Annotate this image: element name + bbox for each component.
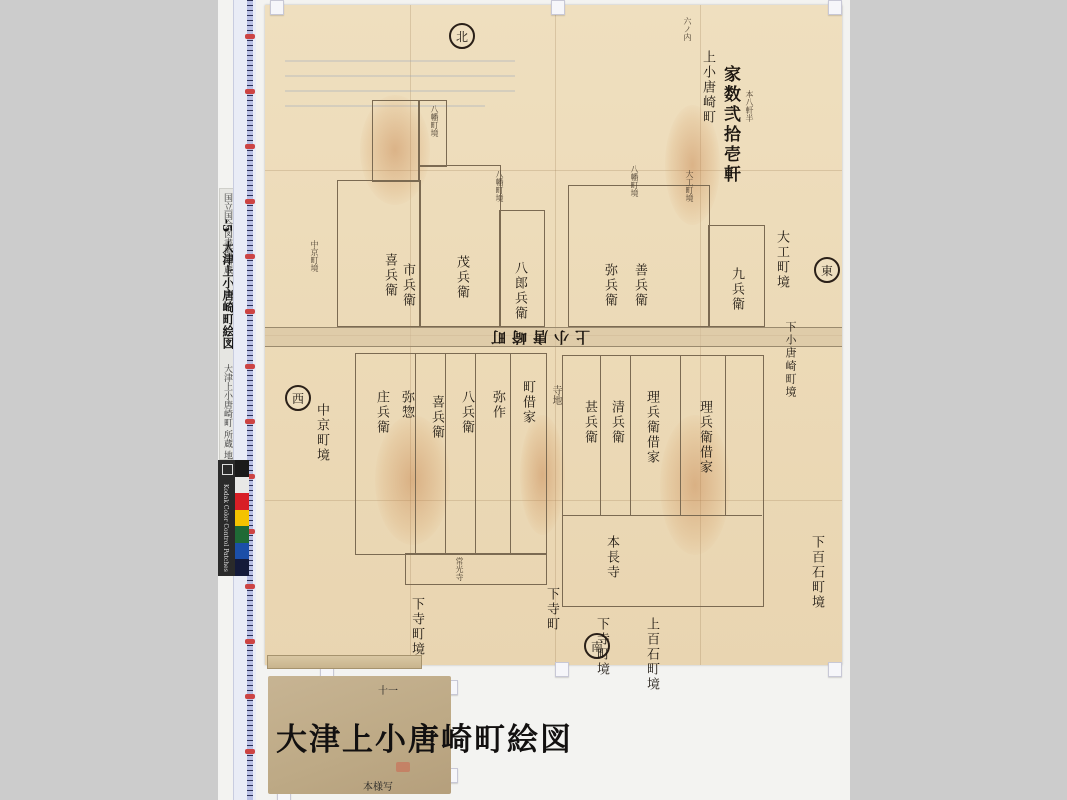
lot-owner: 清兵衛 — [610, 400, 623, 445]
mounting-clip — [828, 662, 842, 677]
lot-owner: 喜兵衛 — [430, 395, 443, 440]
lot-owner: 弥惣 — [400, 390, 413, 420]
border-label: 八幡町境 — [430, 105, 438, 137]
seal-east: 東 — [814, 257, 840, 283]
fold-line — [265, 170, 842, 171]
ruler-mark — [245, 639, 255, 644]
swatch-navy — [235, 559, 249, 576]
temple-small-label: 常光寺 — [455, 557, 463, 581]
town-name: 上小唐崎町 — [701, 50, 714, 125]
ruler-mark — [245, 364, 255, 369]
ruler-scale — [247, 0, 253, 800]
swatch-white — [235, 477, 249, 494]
corner-note: 六ノ内 — [683, 17, 691, 41]
lot-owner: 八郎兵衛 — [513, 261, 526, 321]
lot-divider — [445, 353, 446, 553]
bleed-through — [285, 90, 515, 92]
border-label: 八幡町境 — [495, 170, 503, 202]
color-swatches — [235, 460, 249, 576]
ruler-mark — [245, 309, 255, 314]
lot-owner: 八兵衛 — [460, 390, 473, 435]
cover-sheet: 十一 大津上小唐崎町絵図 本様写 — [268, 676, 451, 794]
lot — [355, 353, 547, 555]
cover-top-note: 十一 — [378, 682, 398, 697]
lot-owner: 理兵衛借家 — [645, 390, 658, 465]
bleed-through — [285, 60, 515, 62]
mounting-clip — [551, 0, 565, 15]
border-label: 上百石町境 — [645, 617, 658, 692]
ruler-mark — [245, 419, 255, 424]
lot-temple-small — [405, 553, 547, 585]
temple-label: 本長寺 — [605, 535, 618, 580]
mounting-clip — [270, 0, 284, 15]
bleed-through — [285, 75, 515, 77]
wooden-roller — [267, 655, 422, 669]
border-label: 下百石町境 — [810, 535, 823, 610]
ruler-mark — [245, 89, 255, 94]
seal-west: 西 — [285, 385, 311, 411]
mounting-clip — [555, 662, 569, 677]
lot-divider — [415, 353, 416, 553]
lot-owner: 弥兵衛 — [603, 263, 616, 308]
lot — [562, 355, 764, 607]
seal-north: 北 — [449, 23, 475, 49]
lot-owner: 町借家 — [521, 380, 534, 425]
color-calibration-chart: Kodak Color Control Patches — [218, 460, 235, 576]
border-label: 下寺町境 — [410, 597, 423, 657]
ruler-mark — [245, 254, 255, 259]
lot-owner: 九兵衛 — [730, 267, 743, 312]
right-note: 大工町境 — [775, 230, 788, 290]
cover-title: 大津上小唐崎町絵図 — [276, 714, 573, 759]
west-border-label: 中京町境 — [315, 403, 328, 463]
measuring-ruler — [233, 0, 256, 800]
lot-owner: 喜兵衛 — [383, 253, 396, 298]
lot-owner: 甚兵衛 — [583, 400, 596, 445]
house-count-note: 本八軒半 — [745, 90, 753, 122]
lot-divider — [562, 515, 762, 516]
lot-owner: 善兵衛 — [633, 263, 646, 308]
ruler-mark — [245, 694, 255, 699]
house-count: 家数弐拾壱軒 — [721, 65, 738, 185]
ruler-mark — [245, 584, 255, 589]
mounting-clip — [828, 0, 842, 15]
catalog-number: -5 — [220, 219, 234, 232]
swatch-blue — [235, 543, 249, 560]
border-label: 下寺町境 — [595, 617, 608, 677]
left-street-label: 中京町境 — [310, 240, 318, 272]
lot-owner: 庄兵衛 — [375, 390, 388, 435]
main-street-label: 上小唐崎町 — [485, 327, 590, 348]
lot-owner: 茂兵衛 — [455, 255, 468, 300]
ruler-mark — [245, 144, 255, 149]
border-label: 下寺町 — [545, 587, 558, 632]
swatch-red — [235, 493, 249, 510]
swatch-green — [235, 526, 249, 543]
kodak-logo-icon — [222, 464, 233, 475]
color-chart-brand: Kodak Color Control Patches — [222, 484, 229, 572]
cover-bottom-note: 本様写 — [363, 778, 393, 793]
map-sheet: 北 東 西 南 六ノ内 上小唐崎町 家数弐拾壱軒 本八軒半 喜兵衛 市兵衛 茂兵… — [265, 5, 842, 665]
swatch-black — [235, 460, 249, 477]
east-border-label: 下小唐崎町境 — [785, 321, 796, 399]
ruler-mark — [245, 749, 255, 754]
lot-owner: 寺地 — [550, 385, 560, 405]
lot-divider — [510, 353, 511, 553]
lot-divider — [475, 353, 476, 553]
swatch-yellow — [235, 510, 249, 527]
border-label: 八幡町境 — [630, 165, 638, 197]
lot-divider — [680, 355, 681, 515]
lot-divider — [630, 355, 631, 515]
lot — [419, 165, 501, 327]
lot — [372, 100, 419, 182]
lot-owner: 弥作 — [491, 390, 504, 420]
lot-divider — [725, 355, 726, 515]
lot-owner: 理兵衛借家 — [698, 400, 711, 475]
ruler-mark — [245, 199, 255, 204]
ruler-mark — [245, 34, 255, 39]
border-label: 大工町境 — [685, 170, 693, 202]
red-seal-stamp — [396, 762, 410, 772]
lot-owner: 市兵衛 — [401, 263, 414, 308]
lot-divider — [600, 355, 601, 515]
